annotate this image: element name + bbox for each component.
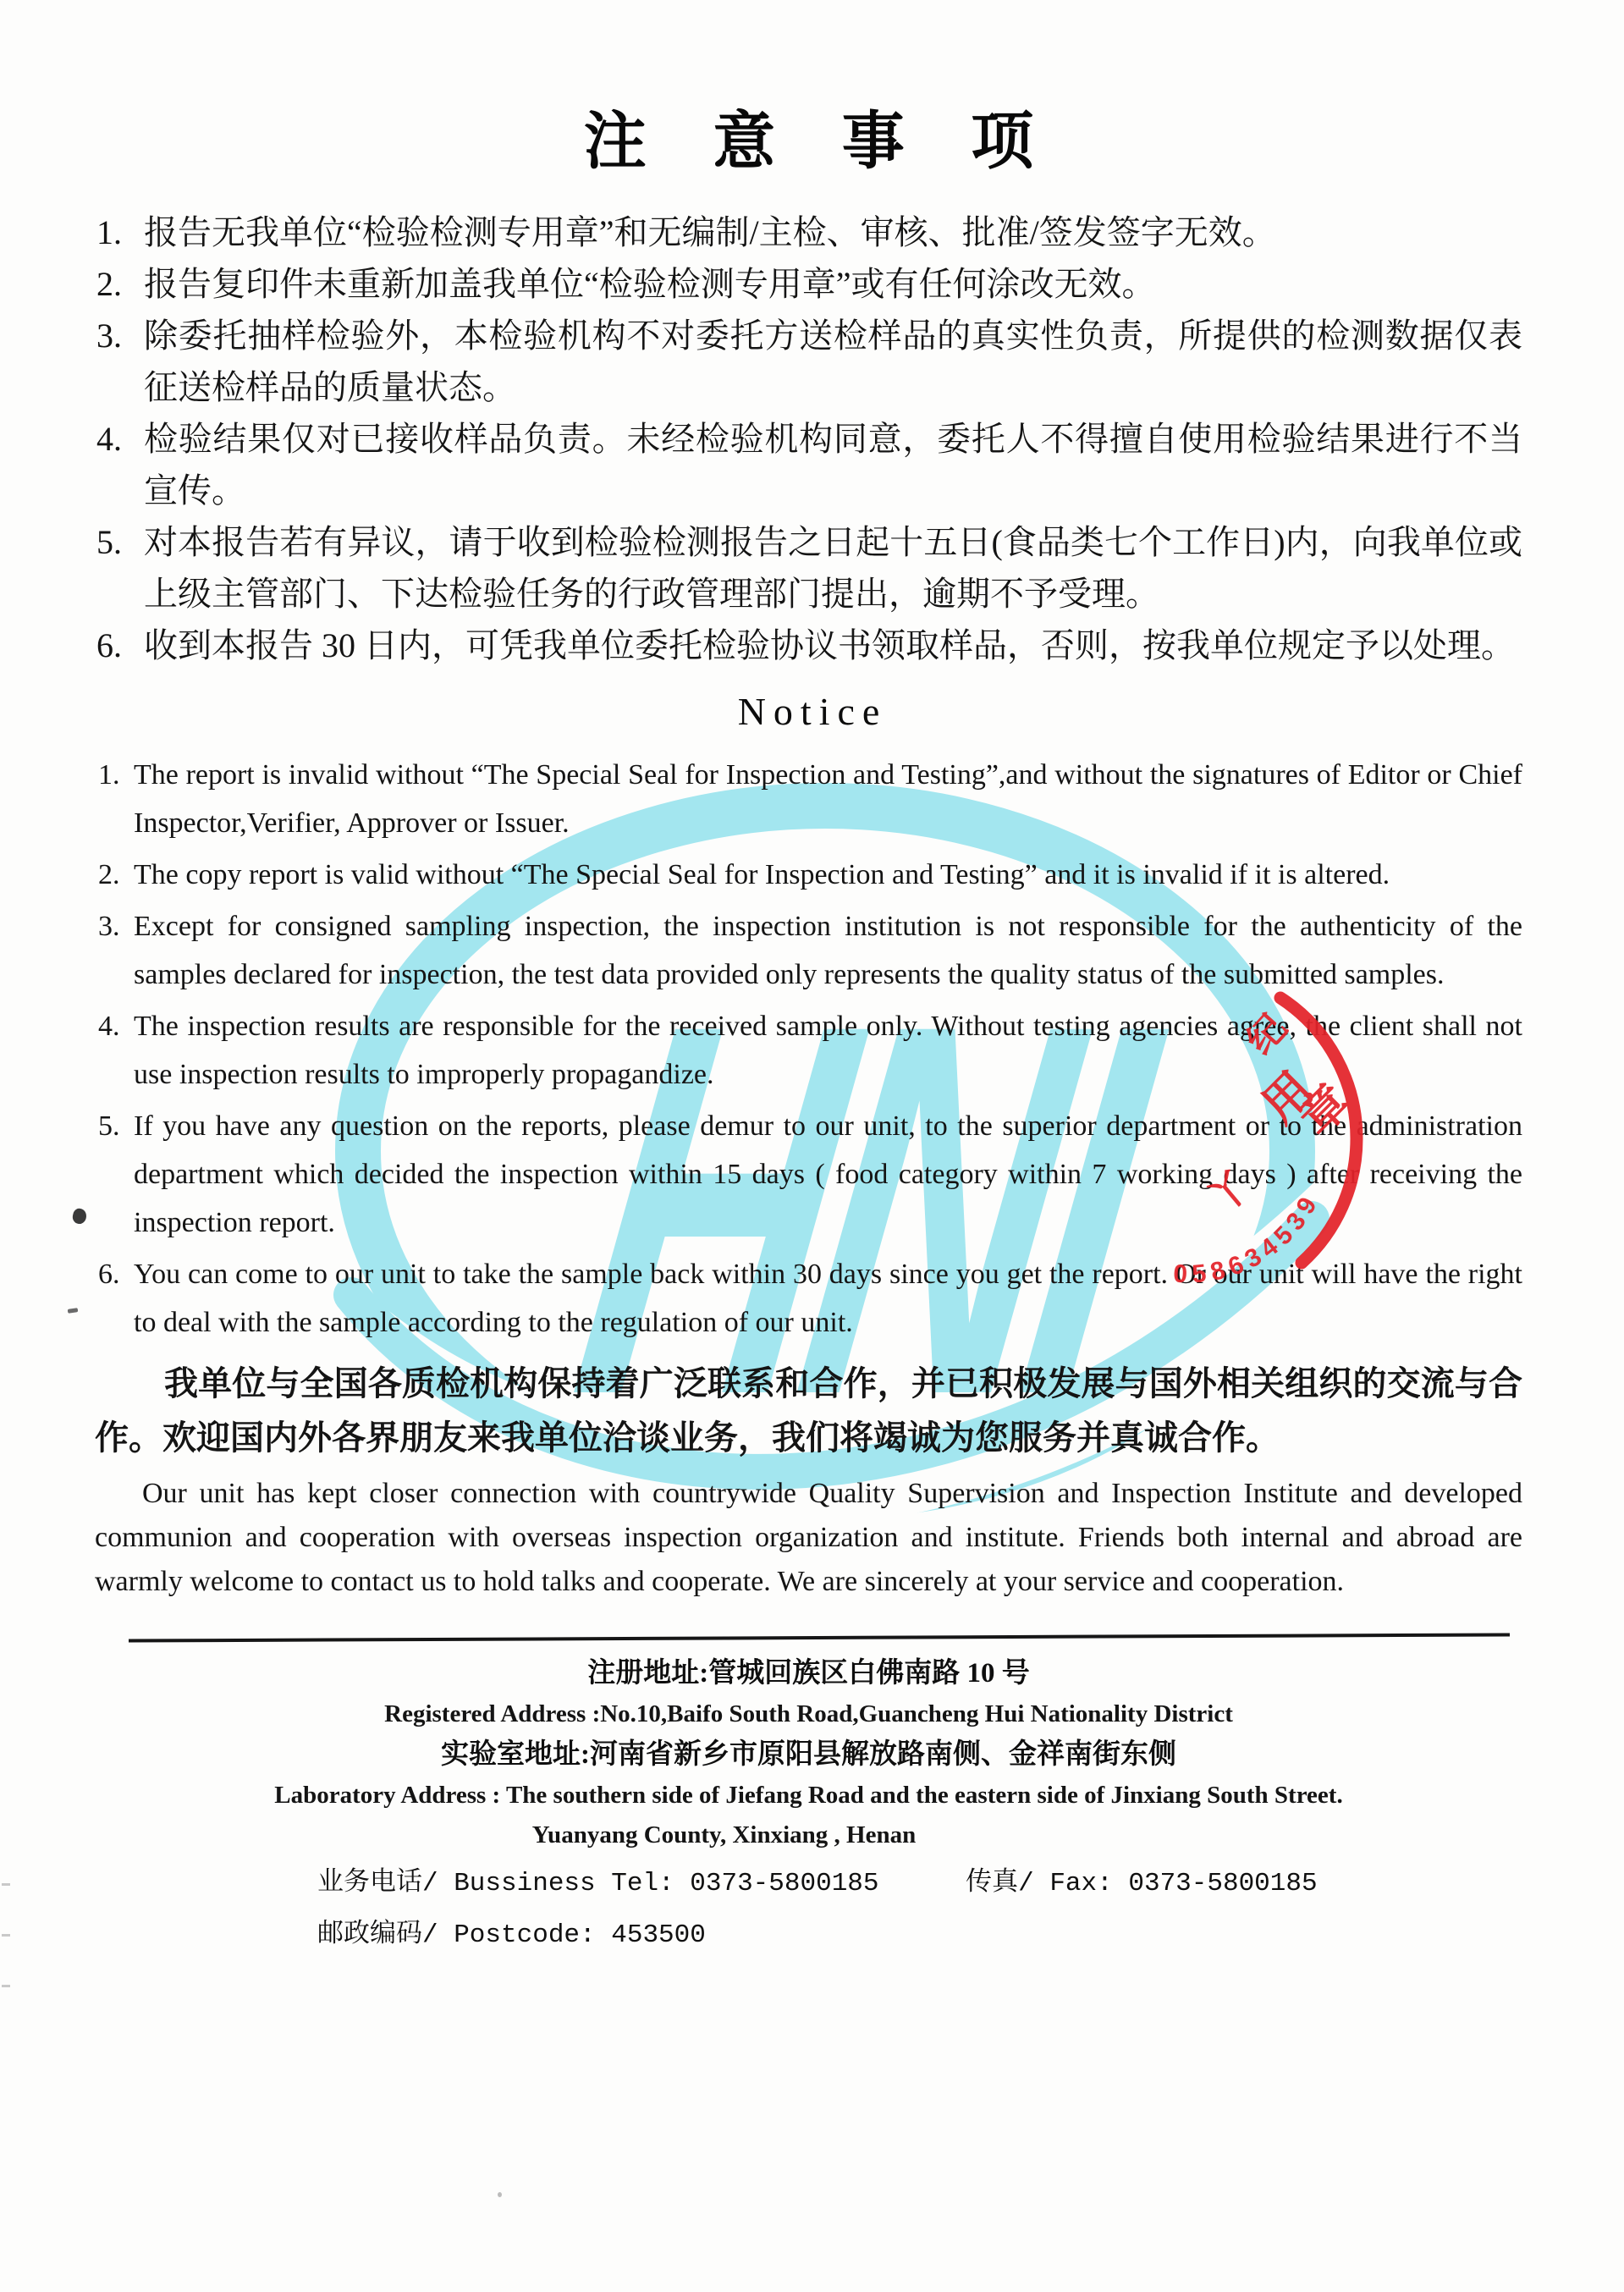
item-text: 对本报告若有异议，请于收到检验检测报告之日起十五日(食品类七个工作日)内，向我单… xyxy=(144,523,1522,613)
cn-notice-item-4: 4.检验结果仅对已接收样品负责。未经检验机构同意，委托人不得擅自使用检验结果进行… xyxy=(95,413,1522,516)
footer: 注册地址:管城回族区白佛南路 10 号 Registered Address :… xyxy=(95,1653,1522,1959)
seal-char-top: 纪 xyxy=(1239,1007,1295,1062)
notice-heading: Notice xyxy=(95,685,1522,739)
postcode-row: 邮政编码/ Postcode: 453500 xyxy=(317,1912,1522,1959)
item-text: 收到本报告 30 日内，可凭我单位委托检验协议书领取样品，否则，按我单位规定予以… xyxy=(144,626,1515,664)
item-number: 5. xyxy=(96,516,122,568)
item-number: 3. xyxy=(96,310,122,361)
item-text: The copy report is valid without “The Sp… xyxy=(134,859,1390,890)
item-number: 4. xyxy=(98,1002,120,1050)
cn-notice-item-1: 1.报告无我单位“检验检测专用章”和无编制/主检、审核、批准/签发签字无效。 xyxy=(95,207,1522,258)
item-number: 6. xyxy=(98,1250,120,1298)
item-number: 6. xyxy=(96,620,122,671)
scan-artifact-tick xyxy=(2,1985,10,1987)
notice-page: HNI 058634539 纪 用 章 丫 注 意 事 项 1.报告无我单位“检… xyxy=(0,0,1624,2292)
item-number: 2. xyxy=(98,851,120,899)
chinese-notice-list: 1.报告无我单位“检验检测专用章”和无编制/主检、审核、批准/签发签字无效。 2… xyxy=(95,207,1522,671)
cn-notice-item-2: 2.报告复印件未重新加盖我单位“检验检测专用章”或有任何涂改无效。 xyxy=(95,258,1522,310)
lab-address-en: Laboratory Address : The southern side o… xyxy=(95,1776,1522,1815)
tel-number: 0373-5800185 xyxy=(690,1869,878,1898)
page-title: 注 意 事 项 xyxy=(95,100,1522,185)
fax-number: 0373-5800185 xyxy=(1128,1869,1317,1898)
scan-artifact-dot xyxy=(498,2192,502,2197)
item-text: 除委托抽样检验外，本检验机构不对委托方送检样品的真实性负责，所提供的检测数据仅表… xyxy=(144,317,1522,406)
item-number: 1. xyxy=(98,751,120,799)
phone-row: 业务电话/ Bussiness Tel: 0373-5800185 传真/ Fa… xyxy=(317,1860,1522,1907)
item-text: 报告无我单位“检验检测专用章”和无编制/主检、审核、批准/签发签字无效。 xyxy=(144,213,1276,251)
postcode-label: 邮政编码/ Postcode: xyxy=(317,1920,596,1950)
registered-address-en: Registered Address :No.10,Baifo South Ro… xyxy=(95,1694,1522,1734)
tel-label: 业务电话/ Bussiness Tel: xyxy=(317,1869,674,1898)
item-number: 2. xyxy=(96,258,122,310)
lab-address-en-line2: Yuanyang County, Xinxiang , Henan xyxy=(10,1815,1438,1855)
cn-notice-item-5: 5.对本报告若有异议，请于收到检验检测报告之日起十五日(食品类七个工作日)内，向… xyxy=(95,516,1522,620)
item-number: 3. xyxy=(98,902,120,950)
item-number: 1. xyxy=(96,207,122,258)
item-text: 检验结果仅对已接收样品负责。未经检验机构同意，委托人不得擅自使用检验结果进行不当… xyxy=(144,420,1522,510)
cn-notice-item-3: 3.除委托抽样检验外，本检验机构不对委托方送检样品的真实性负责，所提供的检测数据… xyxy=(95,310,1522,413)
item-text: 报告复印件未重新加盖我单位“检验检测专用章”或有任何涂改无效。 xyxy=(144,265,1156,303)
inspection-seal: 058634539 纪 用 章 丫 xyxy=(1126,948,1379,1286)
footer-divider xyxy=(129,1633,1510,1642)
en-notice-item-1: 1.The report is invalid without “The Spe… xyxy=(95,751,1522,847)
cn-notice-item-6: 6.收到本报告 30 日内，可凭我单位委托检验协议书领取样品，否则，按我单位规定… xyxy=(95,620,1522,671)
document-body: 注 意 事 项 1.报告无我单位“检验检测专用章”和无编制/主检、审核、批准/签… xyxy=(0,0,1624,1959)
english-cooperation-paragraph: Our unit has kept closer connection with… xyxy=(95,1472,1522,1604)
seal-char-low: 丫 xyxy=(1201,1164,1258,1222)
en-notice-item-2: 2.The copy report is valid without “The … xyxy=(95,851,1522,899)
item-text: The report is invalid without “The Speci… xyxy=(134,759,1522,839)
item-number: 4. xyxy=(96,413,122,465)
registered-address-cn: 注册地址:管城回族区白佛南路 10 号 xyxy=(95,1653,1522,1694)
postcode-value: 453500 xyxy=(611,1920,706,1950)
fax-label: 传真/ Fax: xyxy=(966,1869,1113,1898)
chinese-cooperation-paragraph: 我单位与全国各质检机构保持着广泛联系和合作，并已积极发展与国外相关组织的交流与合… xyxy=(95,1357,1522,1465)
lab-address-cn: 实验室地址:河南省新乡市原阳县解放路南侧、金祥南街东侧 xyxy=(95,1734,1522,1776)
item-number: 5. xyxy=(98,1102,120,1150)
